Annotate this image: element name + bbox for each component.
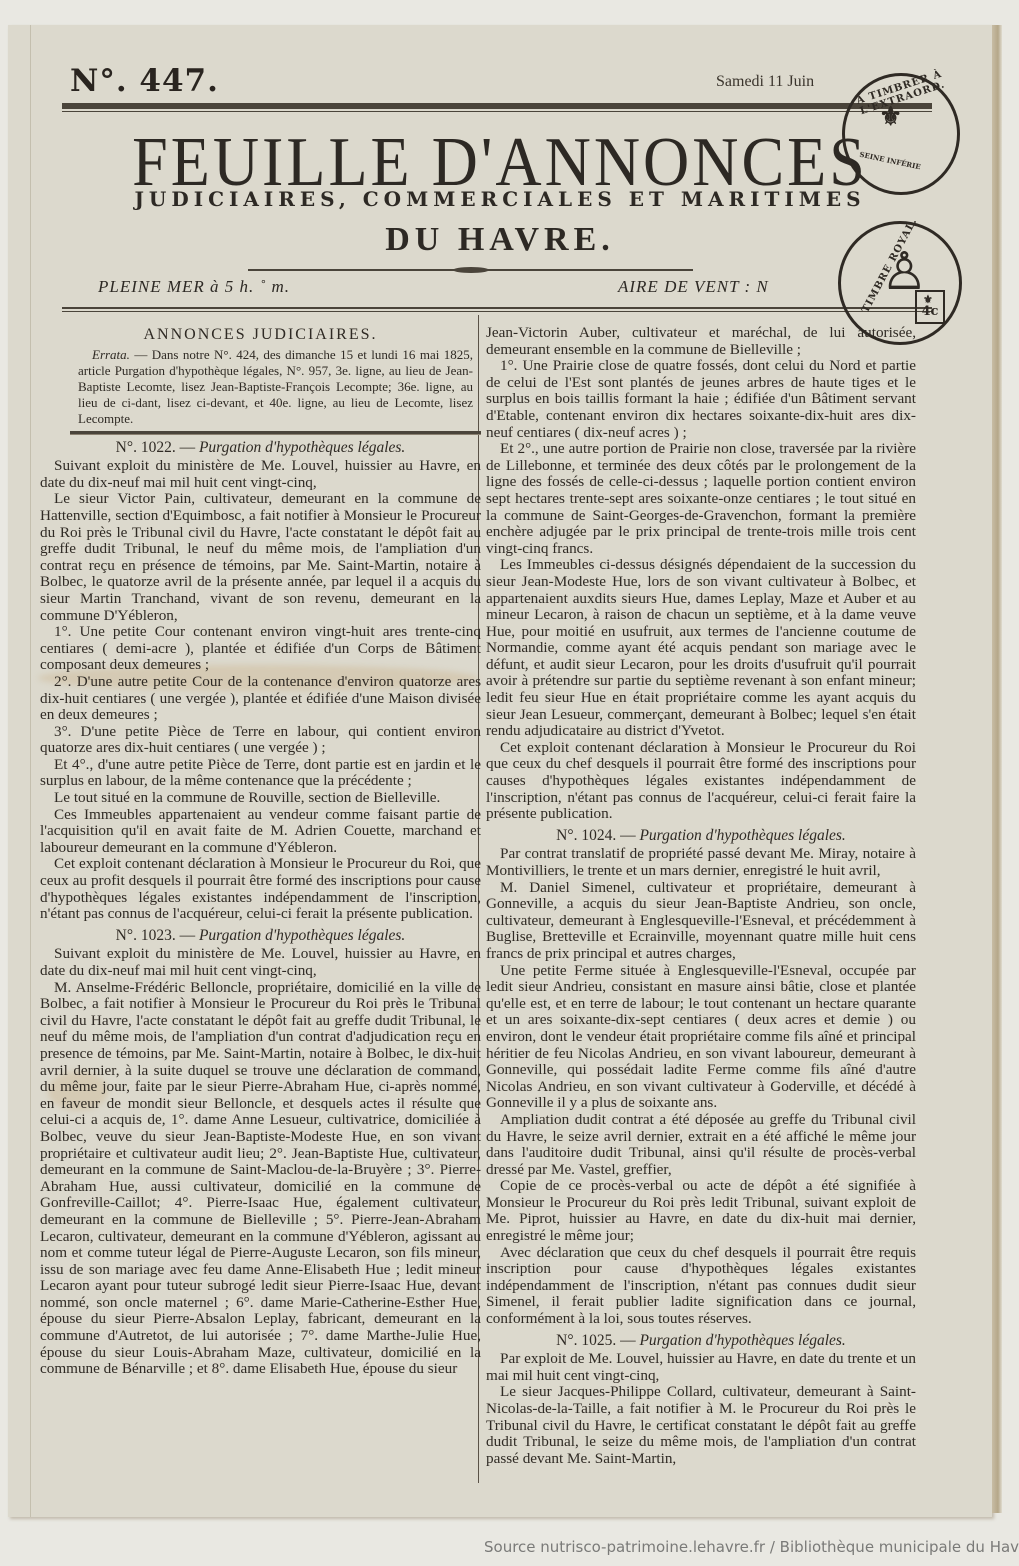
notice-paragraph: Une petite Ferme située à Englesqueville… — [486, 963, 916, 1112]
continuation-paragraph: Jean-Victorin Auber, cultivateur et maré… — [486, 325, 916, 358]
notice-title: Purgation d'hypothèques légales. — [639, 1332, 845, 1349]
errata-paragraph: Errata. — Dans notre N°. 424, des dimanc… — [40, 347, 481, 427]
notice-paragraph: Suivant exploit du ministère de Me. Louv… — [40, 946, 481, 979]
notice-paragraph: 1°. Une petite Cour contenant environ vi… — [40, 624, 481, 674]
notice-paragraph: Le sieur Jacques-Philippe Collard, culti… — [486, 1384, 916, 1467]
header-rule — [62, 307, 932, 309]
notice-paragraph: 2°. D'une autre petite Cour de la conten… — [40, 674, 481, 724]
notice-paragraph: Copie de ce procès-verbal ou acte de dép… — [486, 1178, 916, 1244]
notice-number: N°. 1023. — — [116, 927, 195, 944]
errata-text: — Dans notre N°. 424, des dimanche 15 et… — [78, 347, 473, 426]
issue-number: N°. 447. — [70, 63, 219, 99]
tax-stamp-extraordinary: A TIMBRER À L'EXTRAORD. ⚜ SEINE INFÉRIE — [842, 73, 960, 195]
source-credit: Source nutrisco-patrimoine.lehavre.fr / … — [484, 1538, 1019, 1556]
notice-paragraph: Cet exploit contenant déclaration à Mons… — [40, 856, 481, 922]
notice-heading: N°. 1022. — Purgation d'hypothèques léga… — [40, 440, 481, 457]
notice-heading: N°. 1023. — Purgation d'hypothèques léga… — [40, 928, 481, 945]
notice-title: Purgation d'hypothèques légales. — [199, 439, 405, 456]
right-column: Jean-Victorin Auber, cultivateur et maré… — [486, 325, 916, 1467]
continuation-paragraph: Les Immeubles ci-dessus désignés dépenda… — [486, 557, 916, 740]
left-column: ANNONCES JUDICIAIRES. Errata. — Dans not… — [40, 325, 481, 1378]
notice-paragraph: M. Daniel Simenel, cultivateur et propri… — [486, 880, 916, 963]
notice-heading: N°. 1024. — Purgation d'hypothèques léga… — [486, 828, 916, 845]
notice-heading: N°. 1025. — Purgation d'hypothèques léga… — [486, 1333, 916, 1350]
notice-1025: N°. 1025. — Purgation d'hypothèques léga… — [486, 1333, 916, 1468]
notice-paragraph: Ces Immeubles appartenaient au vendeur c… — [40, 807, 481, 857]
newspaper-page: N°. 447. Samedi 11 Juin FEUILLE D'ANNONC… — [8, 25, 992, 1517]
tide-info: PLEINE MER à 5 h. ˚ m. — [98, 277, 290, 297]
notice-title: Purgation d'hypothèques légales. — [199, 927, 405, 944]
notice-paragraph: Avec déclaration que ceux du chef desque… — [486, 1245, 916, 1328]
notice-paragraph: Le sieur Victor Pain, cultivateur, demeu… — [40, 491, 481, 624]
notice-paragraph: Suivant exploit du ministère de Me. Louv… — [40, 458, 481, 491]
notice-number: N°. 1025. — — [556, 1332, 635, 1349]
masthead-rule-thin — [62, 111, 932, 112]
notice-paragraph: Le tout situé en la commune de Rouville,… — [40, 790, 481, 807]
continuation-paragraph: Cet exploit contenant déclaration à Mons… — [486, 740, 916, 823]
continuation-paragraph: 1°. Une Prairie close de quatre fossés, … — [486, 358, 916, 441]
page-edge — [992, 25, 1002, 1513]
notice-paragraph: Ampliation dudit contrat a été déposée a… — [486, 1112, 916, 1178]
notice-paragraph: Par contrat translatif de propriété pass… — [486, 846, 916, 879]
notice-paragraph: Et 4°., d'une autre petite Pièce de Terr… — [40, 757, 481, 790]
continuation-paragraph: Et 2°., une autre portion de Prairie non… — [486, 441, 916, 557]
notice-number: N°. 1022. — — [116, 439, 195, 456]
section-rule — [70, 431, 481, 435]
stamp-band-text: SEINE INFÉRIE — [859, 150, 922, 172]
issue-date: Samedi 11 Juin — [716, 73, 814, 91]
notice-1024: N°. 1024. — Purgation d'hypothèques léga… — [486, 828, 916, 1328]
notice-1023: N°. 1023. — Purgation d'hypothèques léga… — [40, 928, 481, 1378]
notice-paragraph: Par exploit de Me. Louvel, huissier au H… — [486, 1351, 916, 1384]
notice-1022: N°. 1022. — Purgation d'hypothèques léga… — [40, 440, 481, 923]
wind-info: AIRE DE VENT : N — [618, 277, 769, 297]
fleur-de-lis-icon: ⚜ — [879, 104, 902, 130]
notice-title: Purgation d'hypothèques légales. — [639, 827, 845, 844]
masthead-rule — [62, 103, 932, 109]
notice-number: N°. 1024. — — [556, 827, 635, 844]
newspaper-subtitle: JUDICIAIRES, COMMERCIALES ET MARITIMES — [8, 187, 992, 211]
notice-paragraph: 3°. D'une petite Pièce de Terre en labou… — [40, 724, 481, 757]
header-rule-thin — [62, 311, 932, 312]
notice-paragraph: M. Anselme-Frédéric Belloncle, propriéta… — [40, 980, 481, 1378]
section-title: ANNONCES JUDICIAIRES. — [40, 327, 481, 344]
ornament-rule — [248, 269, 693, 271]
errata-label: Errata. — [92, 347, 130, 362]
stamp-value: 4c — [915, 290, 945, 324]
